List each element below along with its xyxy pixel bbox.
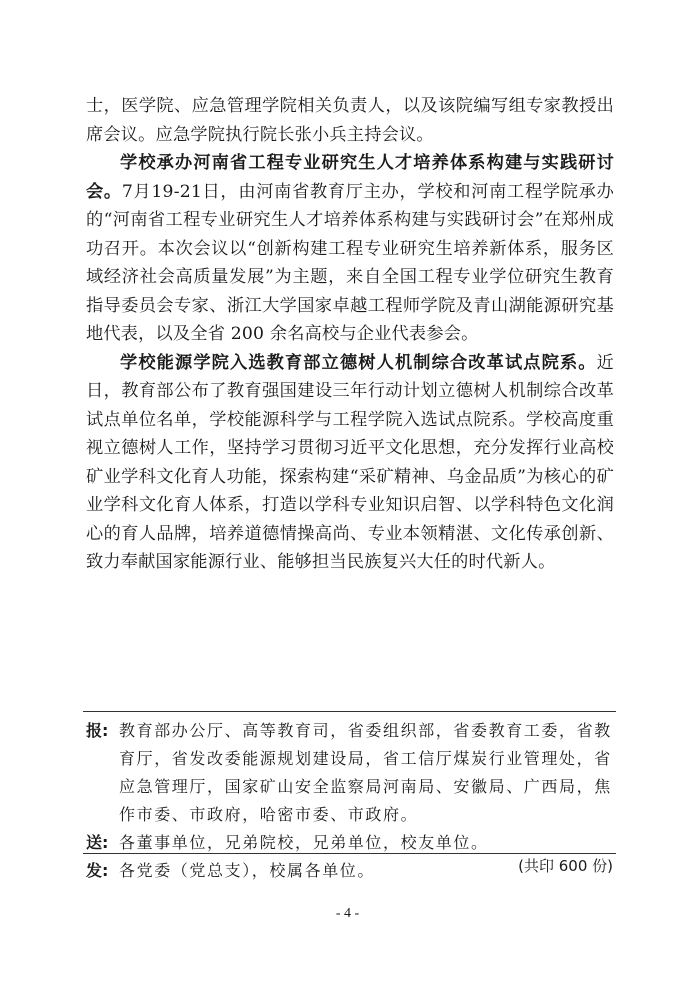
print-count: (共印 600 份)	[518, 855, 613, 876]
paragraph-engineering-seminar: 学校承办河南省工程专业研究生人才培养体系构建与实践研讨会。7月19-21日，由河…	[86, 149, 614, 349]
paragraph-text: 近日，教育部公布了教育强国建设三年行动计划立德树人机制综合改革试点单位名单，学校…	[86, 353, 614, 573]
paragraph-text: 7月19-21日，由河南省教育厅主办，学校和河南工程学院承办的“河南省工程专业研…	[86, 182, 614, 345]
paragraph-headline: 学校能源学院入选教育部立德树人机制综合改革试点院系。	[120, 353, 597, 373]
distribution-label: 发:	[86, 857, 119, 885]
bottom-divider	[83, 853, 616, 854]
paragraph-energy-school: 学校能源学院入选教育部立德树人机制综合改革试点院系。近日，教育部公布了教育强国建…	[86, 349, 614, 577]
body-text: 士，医学院、应急管理学院相关负责人，以及该院编写组专家教授出席会议。应急学院执行…	[86, 92, 614, 577]
paragraph-text: 士，医学院、应急管理学院相关负责人，以及该院编写组专家教授出席会议。应急学院执行…	[86, 96, 614, 145]
top-divider	[83, 711, 616, 712]
distribution-report-row: 报: 教育部办公厅、高等教育司，省委组织部，省委教育工委，省教育厅，省发改委能源…	[86, 717, 616, 829]
document-page: 士，医学院、应急管理学院相关负责人，以及该院编写组专家教授出席会议。应急学院执行…	[0, 0, 695, 983]
page-number: - 4 -	[0, 906, 695, 922]
distribution-text: 教育部办公厅、高等教育司，省委组织部，省委教育工委，省教育厅，省发改委能源规划建…	[119, 717, 616, 829]
distribution-label: 报:	[86, 717, 119, 829]
paragraph-continuation: 士，医学院、应急管理学院相关负责人，以及该院编写组专家教授出席会议。应急学院执行…	[86, 92, 614, 149]
